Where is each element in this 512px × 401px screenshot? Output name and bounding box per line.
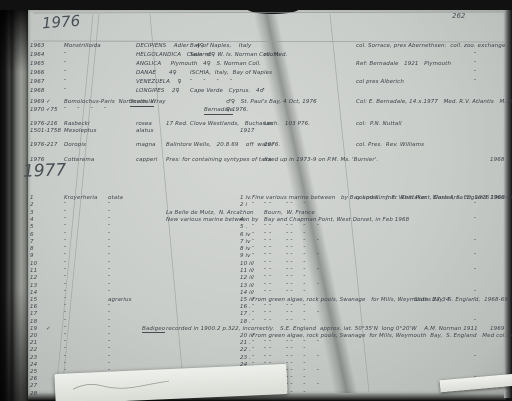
- ledger-cell: ″: [64, 53, 66, 59]
- ledger-cell: ″: [108, 211, 110, 217]
- ledger-cell: LONGIPES 2♀: [136, 89, 180, 95]
- ledger-cell: 26: [30, 377, 37, 383]
- ledger-cell: ″: [474, 53, 476, 59]
- ledger-cell: ″ ″: [264, 247, 293, 253]
- ledger-row: 1969✓Bomolochus-Paris Nortmann WrayScott…: [0, 100, 512, 107]
- ledger-cell: 19: [30, 327, 37, 333]
- ledger-cell: ″: [64, 327, 66, 333]
- ledger-cell: 1968: [30, 89, 44, 95]
- ledger-cell: 1963: [30, 44, 44, 50]
- ledger-cell: ″: [108, 203, 110, 209]
- ledger-cell: col. Pres. Rev. Williams: [356, 143, 424, 149]
- ledger-cell: ″ ″: [264, 233, 293, 239]
- ledger-cell: ISCHIA, Italy, Bay of Naples: [190, 71, 272, 77]
- ledger-row: 1963MonstrilloidaDECIPIENS Adler 4♀Bay o…: [0, 44, 512, 51]
- ledger-cell: Col: E. Bernadale, 14.x.1977 Med. R.V. A…: [356, 100, 512, 106]
- ledger-cell: Bay and Chapman Point, West Dorset, in F…: [264, 218, 409, 224]
- ledger-cell: ″: [64, 320, 66, 326]
- ledger-cell: ″: [64, 363, 66, 369]
- ledger-cell: ″: [108, 284, 110, 290]
- ledger-cell: ″: [108, 254, 110, 260]
- ledger-cell: magna: [136, 143, 156, 149]
- ledger-cell: New various marine between by: [166, 218, 259, 224]
- ledger-cell: ″: [108, 320, 110, 326]
- ledger-row: 2″″2 i″ ″ ″ ″″ ″″: [0, 203, 512, 210]
- ledger-cell: ✓: [46, 108, 51, 114]
- ledger-cell: ″ ″ ″: [264, 341, 319, 347]
- ledger-cell: col: P.N. Nuttall: [356, 122, 402, 128]
- ledger-cell: 21 .: [240, 341, 251, 347]
- ledger-cell: ″ ″ ″: [264, 254, 319, 260]
- ledger-cell: ″: [64, 348, 66, 354]
- ledger-cell: ″: [64, 89, 66, 95]
- ledger-cell: ″: [108, 305, 110, 311]
- ledger-cell: otata: [108, 196, 123, 202]
- ledger-cell: 18 .: [240, 320, 251, 326]
- ledger-cell: ″: [64, 247, 66, 253]
- ledger-cell: ″: [64, 71, 66, 77]
- ledger-cell: 11: [30, 269, 37, 275]
- ledger-cell: 9 iv: [240, 254, 251, 260]
- ledger-cell: Doropis: [64, 143, 86, 149]
- ledger-cell: col. Sorrace, pres Abernethsen: coll. zo…: [356, 44, 506, 50]
- ledger-cell: ″: [474, 291, 476, 297]
- ledger-cell: 1966: [490, 196, 504, 202]
- ledger-cell: 1968: [490, 158, 504, 164]
- ledger-cell: 12: [30, 276, 37, 282]
- ledger-cell: ″ ″: [264, 276, 293, 282]
- ledger-cell: Cape Verde Cyprus. 4♂: [190, 89, 265, 95]
- ledger-cell: Loch. 103 P76.: [264, 122, 310, 128]
- ledger-cell: ″: [64, 211, 66, 217]
- ledger-cell: Ref: Bernadale 1921 Plymouth: [356, 62, 451, 68]
- ledger-cell: ″: [108, 363, 110, 369]
- ledger-cell: 1917: [240, 129, 254, 135]
- ledger-cell: 21: [30, 341, 37, 347]
- ledger-cell: ″: [474, 218, 476, 224]
- ledger-cell: ″: [474, 71, 476, 77]
- ledger-cell: 6: [30, 233, 34, 239]
- ledger-cell: 2: [30, 203, 34, 209]
- ledger-cell: ″: [64, 356, 66, 362]
- ledger-cell: ″: [64, 62, 66, 68]
- ledger-cell: ″: [64, 291, 66, 297]
- ledger-cell: 1976-217: [30, 143, 57, 149]
- ledger-cell: ″: [64, 334, 66, 340]
- ledger-cell: 18: [30, 320, 37, 326]
- ledger-cell: 8 iv: [240, 247, 251, 253]
- ledger-cell: ″ ″ ″: [264, 312, 319, 318]
- ledger-cell: ″: [108, 348, 110, 354]
- photo-background-top: [0, 0, 512, 10]
- ledger-row: 1967″VENEZUELA ♀″ ″ ″ ″col pres Alberich…: [0, 80, 512, 87]
- ledger-cell: ″: [108, 276, 110, 282]
- ledger-cell: ″: [474, 320, 476, 326]
- ledger-rows: 1963MonstrilloidaDECIPIENS Adler 4♀Bay o…: [0, 0, 512, 401]
- ledger-cell: Mesoleptus: [64, 129, 96, 135]
- ledger-row: 1965″ANGLICA Plymouth 4♀ S. Norman Coll.…: [0, 62, 512, 69]
- ledger-cell: 1 iv.: [240, 196, 252, 202]
- ledger-cell: Bay of Naples, Italy: [190, 44, 251, 50]
- ledger-cell: 24: [30, 363, 37, 369]
- ledger-cell: ″: [474, 254, 476, 260]
- ledger-cell: ″ ″ ″: [264, 356, 319, 362]
- ledger-row: 1964″HELGOLANDICA Claus ♂♀Salerno W. Is.…: [0, 53, 512, 60]
- ledger-cell: fixed up in 1973-9 on P.M. Ms. 'Burnier'…: [264, 158, 378, 164]
- ledger-cell: ♂♀ St. Paul's Bay, 4 Oct, 1976: [226, 100, 317, 106]
- ledger-cell: ″: [474, 298, 476, 304]
- ledger-cell: From green algae, rock pools, Swanage fo…: [252, 334, 512, 340]
- ledger-cell: ″: [474, 80, 476, 86]
- ledger-cell: ″: [108, 233, 110, 239]
- ledger-cell: ″: [474, 356, 476, 362]
- ledger-cell: ″: [64, 312, 66, 318]
- ledger-cell: alatus: [136, 129, 154, 135]
- ledger-cell: 28: [30, 392, 37, 398]
- ledger-cell: 16: [30, 305, 37, 311]
- ledger-cell: ″: [108, 247, 110, 253]
- ledger-cell: ″ ″ ″: [264, 240, 319, 246]
- ledger-cell: ″ ″: [264, 320, 293, 326]
- ledger-cell: 22: [30, 348, 37, 354]
- ledger-row: 1968″LONGIPES 2♀Cape Verde Cyprus. 4♂: [0, 89, 512, 96]
- ledger-cell: ″ ″: [264, 203, 293, 209]
- ledger-cell: ″: [64, 203, 66, 209]
- ledger-cell: 17: [30, 312, 37, 318]
- ledger-cell: 5: [30, 225, 34, 231]
- ledger-row: 1966″DANAE 4♀ISCHIA, Italy, Bay of Naple…: [0, 71, 512, 78]
- ledger-cell: 17 Red. Clova Westlands, Buchanan: [166, 122, 273, 128]
- ledger-cell: 9: [30, 254, 34, 260]
- ledger-cell: ″: [474, 62, 476, 68]
- ledger-cell: ″: [108, 312, 110, 318]
- ledger-cell: Balintore Wells, 20.8.69 off water: [166, 143, 274, 149]
- ledger-cell: ″: [64, 284, 66, 290]
- ledger-cell: ″: [64, 225, 66, 231]
- ledger-cell: Scottula: [130, 100, 154, 107]
- ledger-cell: 7: [30, 240, 34, 246]
- ledger-cell: 3: [30, 211, 34, 217]
- ledger-cell: 23: [30, 356, 37, 362]
- ledger-cell: ″: [64, 269, 66, 275]
- ledger-cell: 1970 - 75: [30, 108, 58, 114]
- ledger-cell: 22 .: [240, 348, 251, 354]
- ledger-cell: La Belle de Mutz, N. Arcachon: [166, 211, 254, 217]
- ledger-cell: ″: [64, 305, 66, 311]
- ledger-cell: 10: [30, 262, 37, 268]
- ledger-cell: DANAE 4♀: [136, 71, 177, 77]
- ledger-cell: ″: [108, 291, 110, 297]
- ledger-cell: 1976.: [264, 143, 280, 149]
- ledger-cell: Slides 27-34: [414, 298, 449, 304]
- ledger-row: 1976CotteremacapperiPres: for containing…: [0, 158, 512, 165]
- scanned-ledger-photo: 1976 1977 262 1963MonstrilloidaDECIPIENS…: [0, 0, 512, 401]
- ledger-cell: 1501-1758: [30, 129, 61, 135]
- ledger-cell: ✓: [46, 327, 51, 333]
- ledger-cell: col pres. J. E. Whittaker Wash Area D. 1…: [356, 196, 489, 202]
- ledger-cell: 1966: [30, 71, 44, 77]
- ledger-cell: rosea: [136, 122, 152, 128]
- ledger-cell: ″: [474, 203, 476, 209]
- ledger-cell: 7 iv: [240, 240, 251, 246]
- ledger-cell: ″: [474, 269, 476, 275]
- ledger-cell: 1976: [30, 158, 44, 164]
- ledger-cell: ″: [108, 225, 110, 231]
- ledger-cell: 8: [30, 247, 34, 253]
- ledger-cell: 15: [30, 298, 37, 304]
- ledger-cell: Cotterema: [64, 158, 94, 164]
- ledger-cell: ″ ″ ″: [264, 225, 319, 231]
- ledger-row: 1501-1758Mesoleptusalatus1917: [0, 129, 512, 136]
- ledger-cell: col pres Alberich: [356, 80, 404, 86]
- ledger-cell: VENEZUELA ♀: [136, 80, 182, 86]
- ledger-cell: ″ ″ ″: [264, 269, 319, 275]
- ledger-cell: 16 .: [240, 305, 251, 311]
- ledger-cell: 14: [30, 291, 37, 297]
- ledger-cell: ″: [108, 218, 110, 224]
- ledger-cell: ″: [64, 254, 66, 260]
- ledger-row: 1976-217DoropismagnaBalintore Wells, 20.…: [0, 143, 512, 150]
- ledger-cell: From green algae, rock pools, Swanage fo…: [252, 298, 508, 304]
- ledger-cell: ″: [64, 341, 66, 347]
- ledger-row: 1970 - 75✓″ ″ ″ ″Bernadale♀ 1976.: [0, 108, 512, 115]
- ledger-cell: 2 i: [240, 203, 247, 209]
- ledger-cell: ″: [64, 276, 66, 282]
- ledger-cell: capperi: [136, 158, 157, 164]
- ledger-cell: Kroyerheria: [64, 196, 97, 202]
- ledger-cell: 1964: [30, 53, 44, 59]
- ledger-cell: recorded in 1900.2 p.322, incorrectly. S…: [166, 327, 478, 333]
- ledger-cell: ″ ″: [264, 291, 293, 297]
- ledger-cell: ″: [64, 298, 66, 304]
- ledger-cell: 27: [30, 384, 37, 390]
- ledger-cell: ″: [108, 240, 110, 246]
- ledger-cell: ″: [64, 240, 66, 246]
- ledger-cell: 6 iv: [240, 233, 251, 239]
- ledger-cell: ″: [108, 356, 110, 362]
- ledger-cell: ″ ″: [264, 348, 293, 354]
- ledger-cell: ″: [108, 262, 110, 268]
- ledger-cell: ✓: [46, 100, 51, 106]
- ledger-cell: ″: [108, 269, 110, 275]
- ledger-cell: ″: [64, 80, 66, 86]
- ledger-cell: 17 .: [240, 312, 251, 318]
- ledger-cell: ″: [64, 233, 66, 239]
- ledger-cell: room: [264, 53, 279, 59]
- ledger-cell: 5 .: [240, 225, 247, 231]
- ledger-cell: Badigeo: [142, 327, 165, 334]
- ledger-cell: 4: [30, 218, 34, 224]
- ledger-cell: ″: [108, 327, 110, 333]
- ledger-cell: ″ ″ ″: [264, 284, 319, 290]
- ledger-cell: 23 .: [240, 356, 251, 362]
- ledger-cell: ″: [64, 218, 66, 224]
- ledger-cell: ″ ″: [264, 262, 293, 268]
- ledger-cell: 25: [30, 370, 37, 376]
- ledger-cell: 1: [30, 196, 34, 202]
- ledger-cell: ″: [64, 262, 66, 268]
- ledger-cell: Monstrilloida: [64, 44, 101, 50]
- ledger-cell: ″: [474, 240, 476, 246]
- ledger-cell: 1969: [30, 100, 44, 106]
- ledger-cell: ″ ″ ″ ″: [64, 108, 106, 114]
- ledger-cell: 13: [30, 284, 37, 290]
- ledger-cell: Rasbecki: [64, 122, 90, 128]
- ledger-cell: 1969: [490, 327, 504, 333]
- ledger-cell: 1976-216: [30, 122, 57, 128]
- ledger-cell: ″ ″: [264, 305, 293, 311]
- ledger-cell: ANGLICA Plymouth 4♀ S. Norman Coll.: [136, 62, 261, 68]
- ledger-cell: Pres: for containing syntypes of taxa: [166, 158, 272, 164]
- ledger-cell: ″: [108, 341, 110, 347]
- ledger-cell: 1965: [30, 62, 44, 68]
- ledger-cell: ″: [108, 334, 110, 340]
- ledger-cell: ♀ 1976.: [226, 108, 248, 114]
- ledger-cell: ″ ″ ″ ″: [190, 80, 232, 86]
- ledger-cell: 1967: [30, 80, 44, 86]
- ledger-cell: agrarius: [108, 298, 132, 304]
- ledger-cell: 20: [30, 334, 37, 340]
- ledger-cell: Bourn, W. France: [264, 211, 315, 217]
